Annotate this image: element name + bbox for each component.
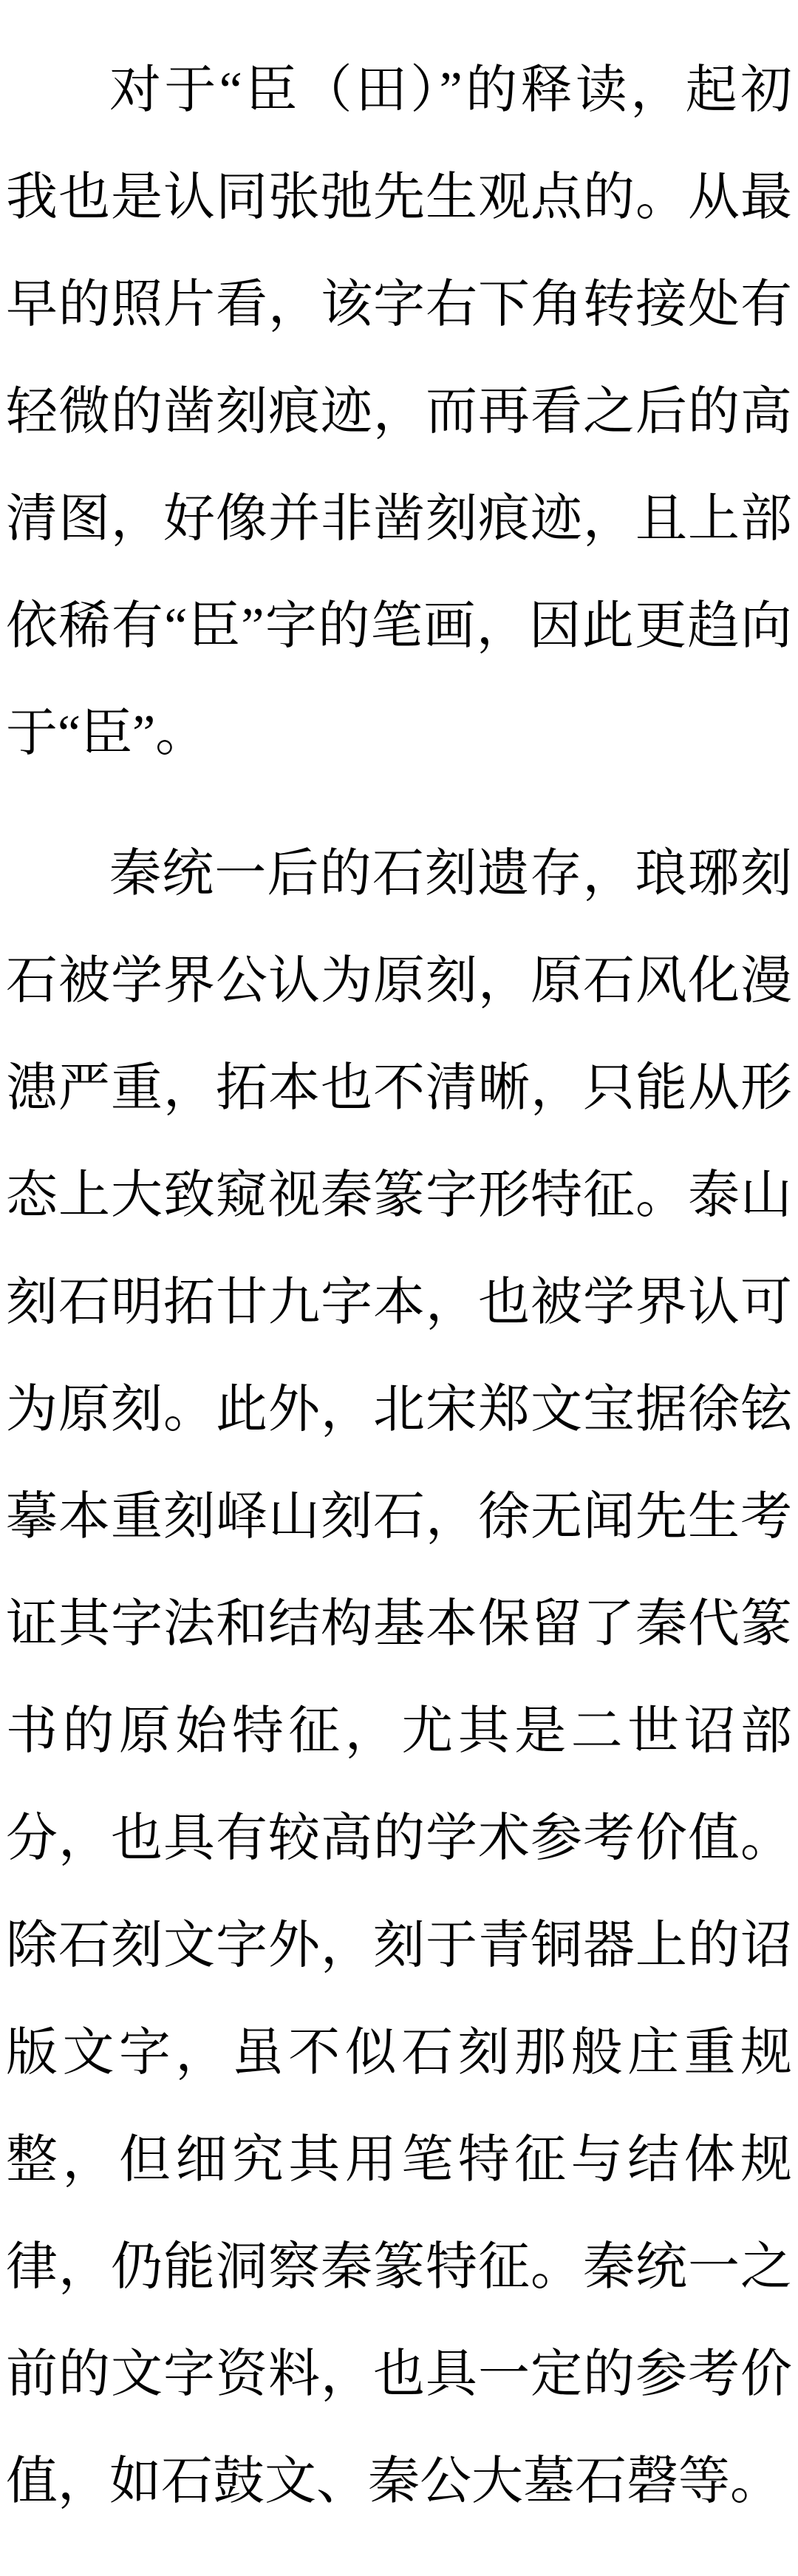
paragraph-2: 秦统一后的石刻遗存，琅琊刻石被学界公认为原刻，原石风化漫漶严重，拓本也不清晰，只…: [6, 820, 792, 2535]
paragraph-1: 对于“臣（田）”的释读，起初我也是认同张弛先生观点的。从最早的照片看，该字右下角…: [6, 37, 792, 787]
document-page: 对于“臣（田）”的释读，起初我也是认同张弛先生观点的。从最早的照片看，该字右下角…: [0, 0, 798, 2576]
